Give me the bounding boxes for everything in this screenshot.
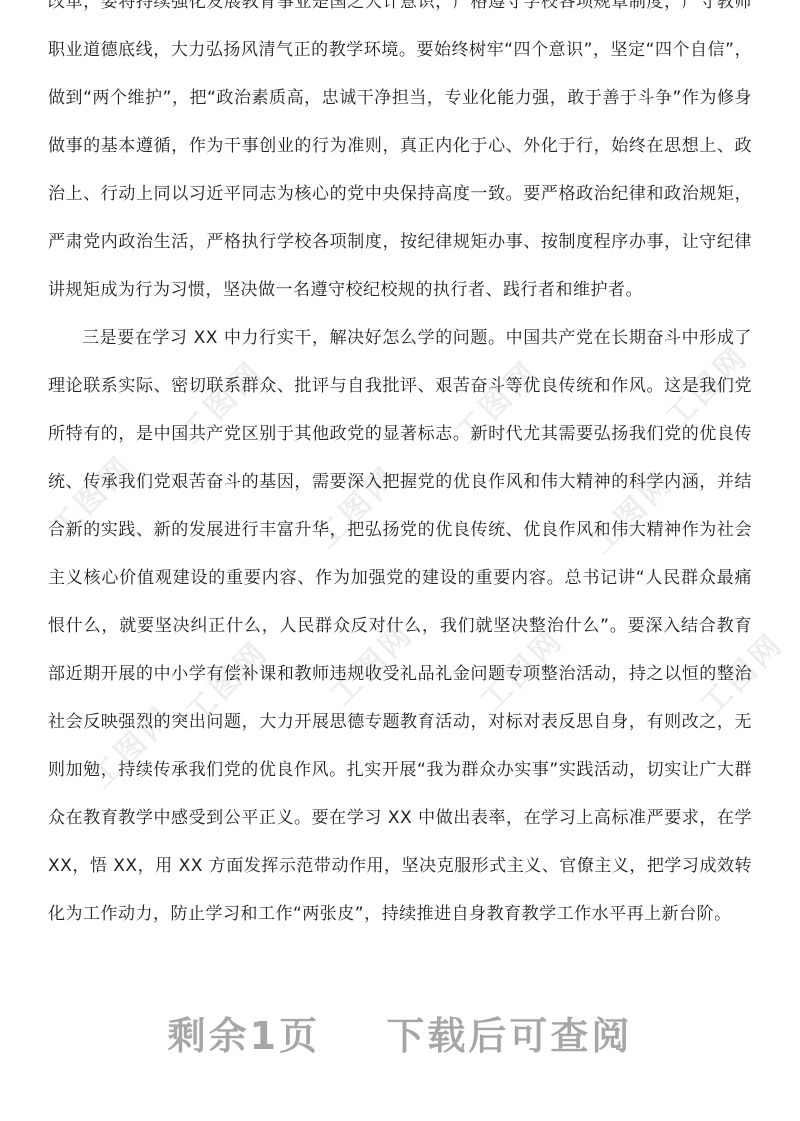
- download-hint-label: 下载后可查阅: [386, 1014, 632, 1058]
- document-page: 工图网工图网工图网工图网工图网工图网工图网工图网工图网工图网工图网 改革，要将持…: [0, 0, 800, 1121]
- remaining-pages-label: 剩余1页: [168, 1014, 320, 1058]
- paragraph-discipline: 改革，要将持续强化发展教育事业是国之大计意识，严格遵守学校各项规章制度，严守教师…: [48, 0, 752, 314]
- document-text: 改革，要将持续强化发展教育事业是国之大计意识，严格遵守学校各项规章制度，严守教师…: [0, 0, 800, 938]
- remaining-pages-banner: 剩余1页 下载后可查阅: [0, 1012, 800, 1060]
- paragraph-study-practice: 三是要在学习 XX 中力行实干，解决好怎么学的问题。中国共产党在长期奋斗中形成了…: [48, 314, 752, 938]
